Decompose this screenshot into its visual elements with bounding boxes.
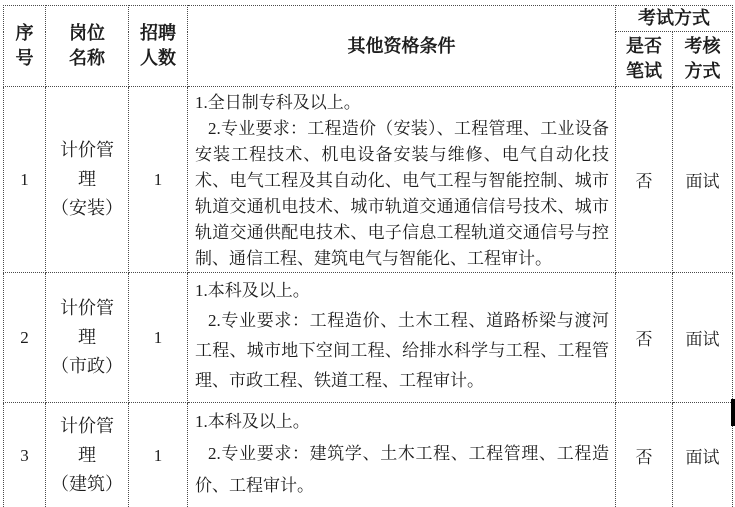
qualification-line-2: 2.专业要求：工程造价（安装）、工程管理、工业设备安装工程技术、机电设备安装与维… <box>195 116 609 272</box>
table-row: 2 计价管 理 （市政） 1 1.本科及以上。 2.专业要求：工程造价、土木工程… <box>4 273 733 403</box>
cell-qualifications: 1.本科及以上。 2.专业要求：建筑学、土木工程、工程管理、工程造价、工程审计。 <box>188 403 616 507</box>
qualification-line-2: 2.专业要求：工程造价、土木工程、道路桥梁与渡河工程、城市地下空间工程、给排水科… <box>195 306 609 396</box>
cell-written-exam: 否 <box>616 403 673 507</box>
cell-index: 1 <box>4 87 46 273</box>
scrollbar-fragment <box>731 399 735 426</box>
cell-position-name: 计价管 理 （安装） <box>46 87 129 273</box>
cell-index: 3 <box>4 403 46 507</box>
recruitment-table: 序 号 岗位 名称 招聘 人数 其他资格条件 考试方式 是否 笔试 考核 方式 … <box>3 5 733 507</box>
qualification-line-1: 1.本科及以上。 <box>195 276 609 306</box>
header-row-top: 序 号 岗位 名称 招聘 人数 其他资格条件 考试方式 <box>4 6 733 32</box>
cell-written-exam: 否 <box>616 273 673 403</box>
cell-position-name: 计价管 理 （建筑） <box>46 403 129 507</box>
cell-qualifications: 1.本科及以上。 2.专业要求：工程造价、土木工程、道路桥梁与渡河工程、城市地下… <box>188 273 616 403</box>
cell-assessment-method: 面试 <box>673 273 733 403</box>
qualification-line-1: 1.本科及以上。 <box>195 406 609 438</box>
header-headcount: 招聘 人数 <box>129 6 188 87</box>
table-row: 1 计价管 理 （安装） 1 1.全日制专科及以上。 2.专业要求：工程造价（安… <box>4 87 733 273</box>
header-assessment-method: 考核 方式 <box>673 32 733 87</box>
cell-headcount: 1 <box>129 273 188 403</box>
qualification-line-2: 2.专业要求：建筑学、土木工程、工程管理、工程造价、工程审计。 <box>195 438 609 502</box>
cell-assessment-method: 面试 <box>673 87 733 273</box>
cell-assessment-method: 面试 <box>673 403 733 507</box>
header-written-exam: 是否 笔试 <box>616 32 673 87</box>
header-exam-method: 考试方式 <box>616 6 733 32</box>
table-row: 3 计价管 理 （建筑） 1 1.本科及以上。 2.专业要求：建筑学、土木工程、… <box>4 403 733 507</box>
cell-written-exam: 否 <box>616 87 673 273</box>
cell-position-name: 计价管 理 （市政） <box>46 273 129 403</box>
cell-index: 2 <box>4 273 46 403</box>
cell-qualifications: 1.全日制专科及以上。 2.专业要求：工程造价（安装）、工程管理、工业设备安装工… <box>188 87 616 273</box>
cell-headcount: 1 <box>129 87 188 273</box>
qualification-line-1: 1.全日制专科及以上。 <box>195 90 609 116</box>
header-position-name: 岗位 名称 <box>46 6 129 87</box>
header-qualifications: 其他资格条件 <box>188 6 616 87</box>
header-index: 序 号 <box>4 6 46 87</box>
cell-headcount: 1 <box>129 403 188 507</box>
